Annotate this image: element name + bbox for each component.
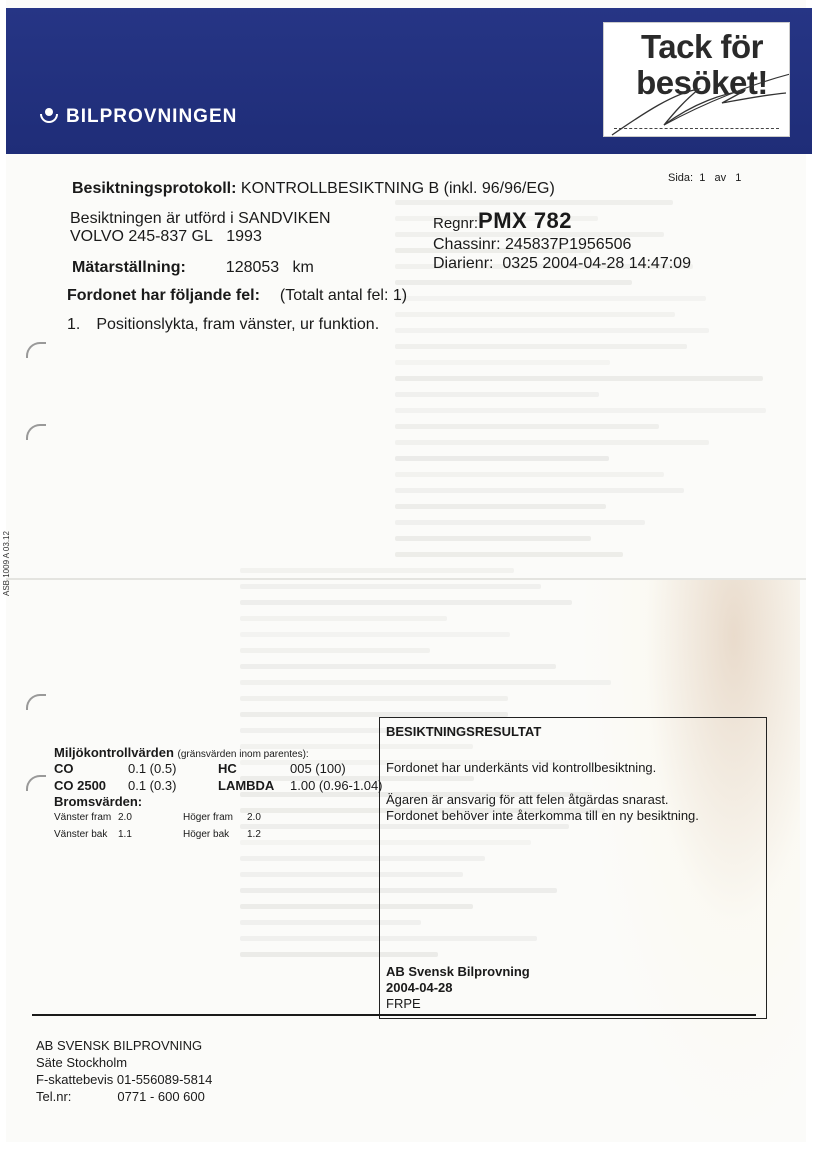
odometer-value: 128053 xyxy=(226,259,279,276)
company-footer: AB SVENSK BILPROVNING Säte Stockholm F-s… xyxy=(36,1037,212,1105)
inspection-result-box: BESIKTNINGSRESULTAT Fordonet har underkä… xyxy=(379,717,767,1019)
brake-row: Vänster bak 1.1 Höger bak 1.2 xyxy=(54,826,383,843)
diary-number: Diarienr: 0325 2004-04-28 14:47:09 xyxy=(433,254,691,273)
thanks-sticker: Tack för besöket! xyxy=(603,22,790,137)
environment-values: Miljökontrollvärden (gränsvärden inom pa… xyxy=(54,745,383,843)
inspection-info: Besiktningen är utförd i SANDVIKEN VOLVO… xyxy=(70,210,331,246)
brand-name: BILPROVNINGEN xyxy=(66,106,237,128)
footer-tax: F-skattebevis 01-556089-5814 xyxy=(36,1071,212,1088)
protocol-title: Besiktningsprotokoll: KONTROLLBESIKTNING… xyxy=(72,180,555,198)
divider xyxy=(32,1014,756,1016)
header-banner: BILPROVNINGEN Tack för besöket! xyxy=(6,8,812,154)
faults-total: (Totalt antal fel: 1) xyxy=(280,287,407,304)
brakes-title: Bromsvärden: xyxy=(54,794,383,809)
brake-row: Vänster fram 2.0 Höger fram 2.0 xyxy=(54,809,383,826)
result-title: BESIKTNINGSRESULTAT xyxy=(386,724,541,739)
inspection-location: Besiktningen är utförd i SANDVIKEN xyxy=(70,210,331,228)
paper-fold xyxy=(6,578,806,580)
registration-number: Regnr:PMX 782 xyxy=(433,208,572,234)
footer-seat: Säte Stockholm xyxy=(36,1054,212,1071)
brand-logo: BILPROVNINGEN xyxy=(40,106,237,128)
environment-title: Miljökontrollvärden (gränsvärden inom pa… xyxy=(54,745,383,760)
form-code: ASB 1009 A 03.12 xyxy=(2,531,11,596)
fault-item: 1.Positionslykta, fram vänster, ur funkt… xyxy=(67,316,379,334)
result-signature: AB Svensk Bilprovning 2004-04-28 FRPE xyxy=(386,964,530,1012)
signature-icon xyxy=(604,23,789,136)
environment-row: CO 0.1 (0.5) HC 005 (100) xyxy=(54,760,383,777)
chassis-number: Chassinr: 245837P1956506 xyxy=(433,235,691,254)
result-verdict: Fordonet har underkänts vid kontrollbesi… xyxy=(386,760,656,775)
odometer-reading: Mätarställning:128053 km xyxy=(72,259,314,277)
vehicle-year: 1993 xyxy=(226,228,262,245)
bilprovningen-logo-icon xyxy=(40,108,58,126)
faults-header: Fordonet har följande fel:(Totalt antal … xyxy=(67,287,407,305)
vehicle-model: VOLVO 245-837 GL 1993 xyxy=(70,228,331,246)
footer-company: AB SVENSK BILPROVNING xyxy=(36,1037,212,1054)
regnr-value: PMX 782 xyxy=(478,208,572,233)
environment-row: CO 2500 0.1 (0.3) LAMBDA 1.00 (0.96-1.04… xyxy=(54,777,383,794)
protocol-type: KONTROLLBESIKTNING B (inkl. 96/96/EG) xyxy=(241,180,555,197)
vehicle-ids: Chassinr: 245837P1956506 Diarienr: 0325 … xyxy=(433,235,691,273)
page-indicator: Sida: 1 av 1 xyxy=(668,172,741,184)
result-instructions: Ägaren är ansvarig för att felen åtgärda… xyxy=(386,792,699,824)
footer-phone: Tel.nr:0771 - 600 600 xyxy=(36,1088,212,1105)
